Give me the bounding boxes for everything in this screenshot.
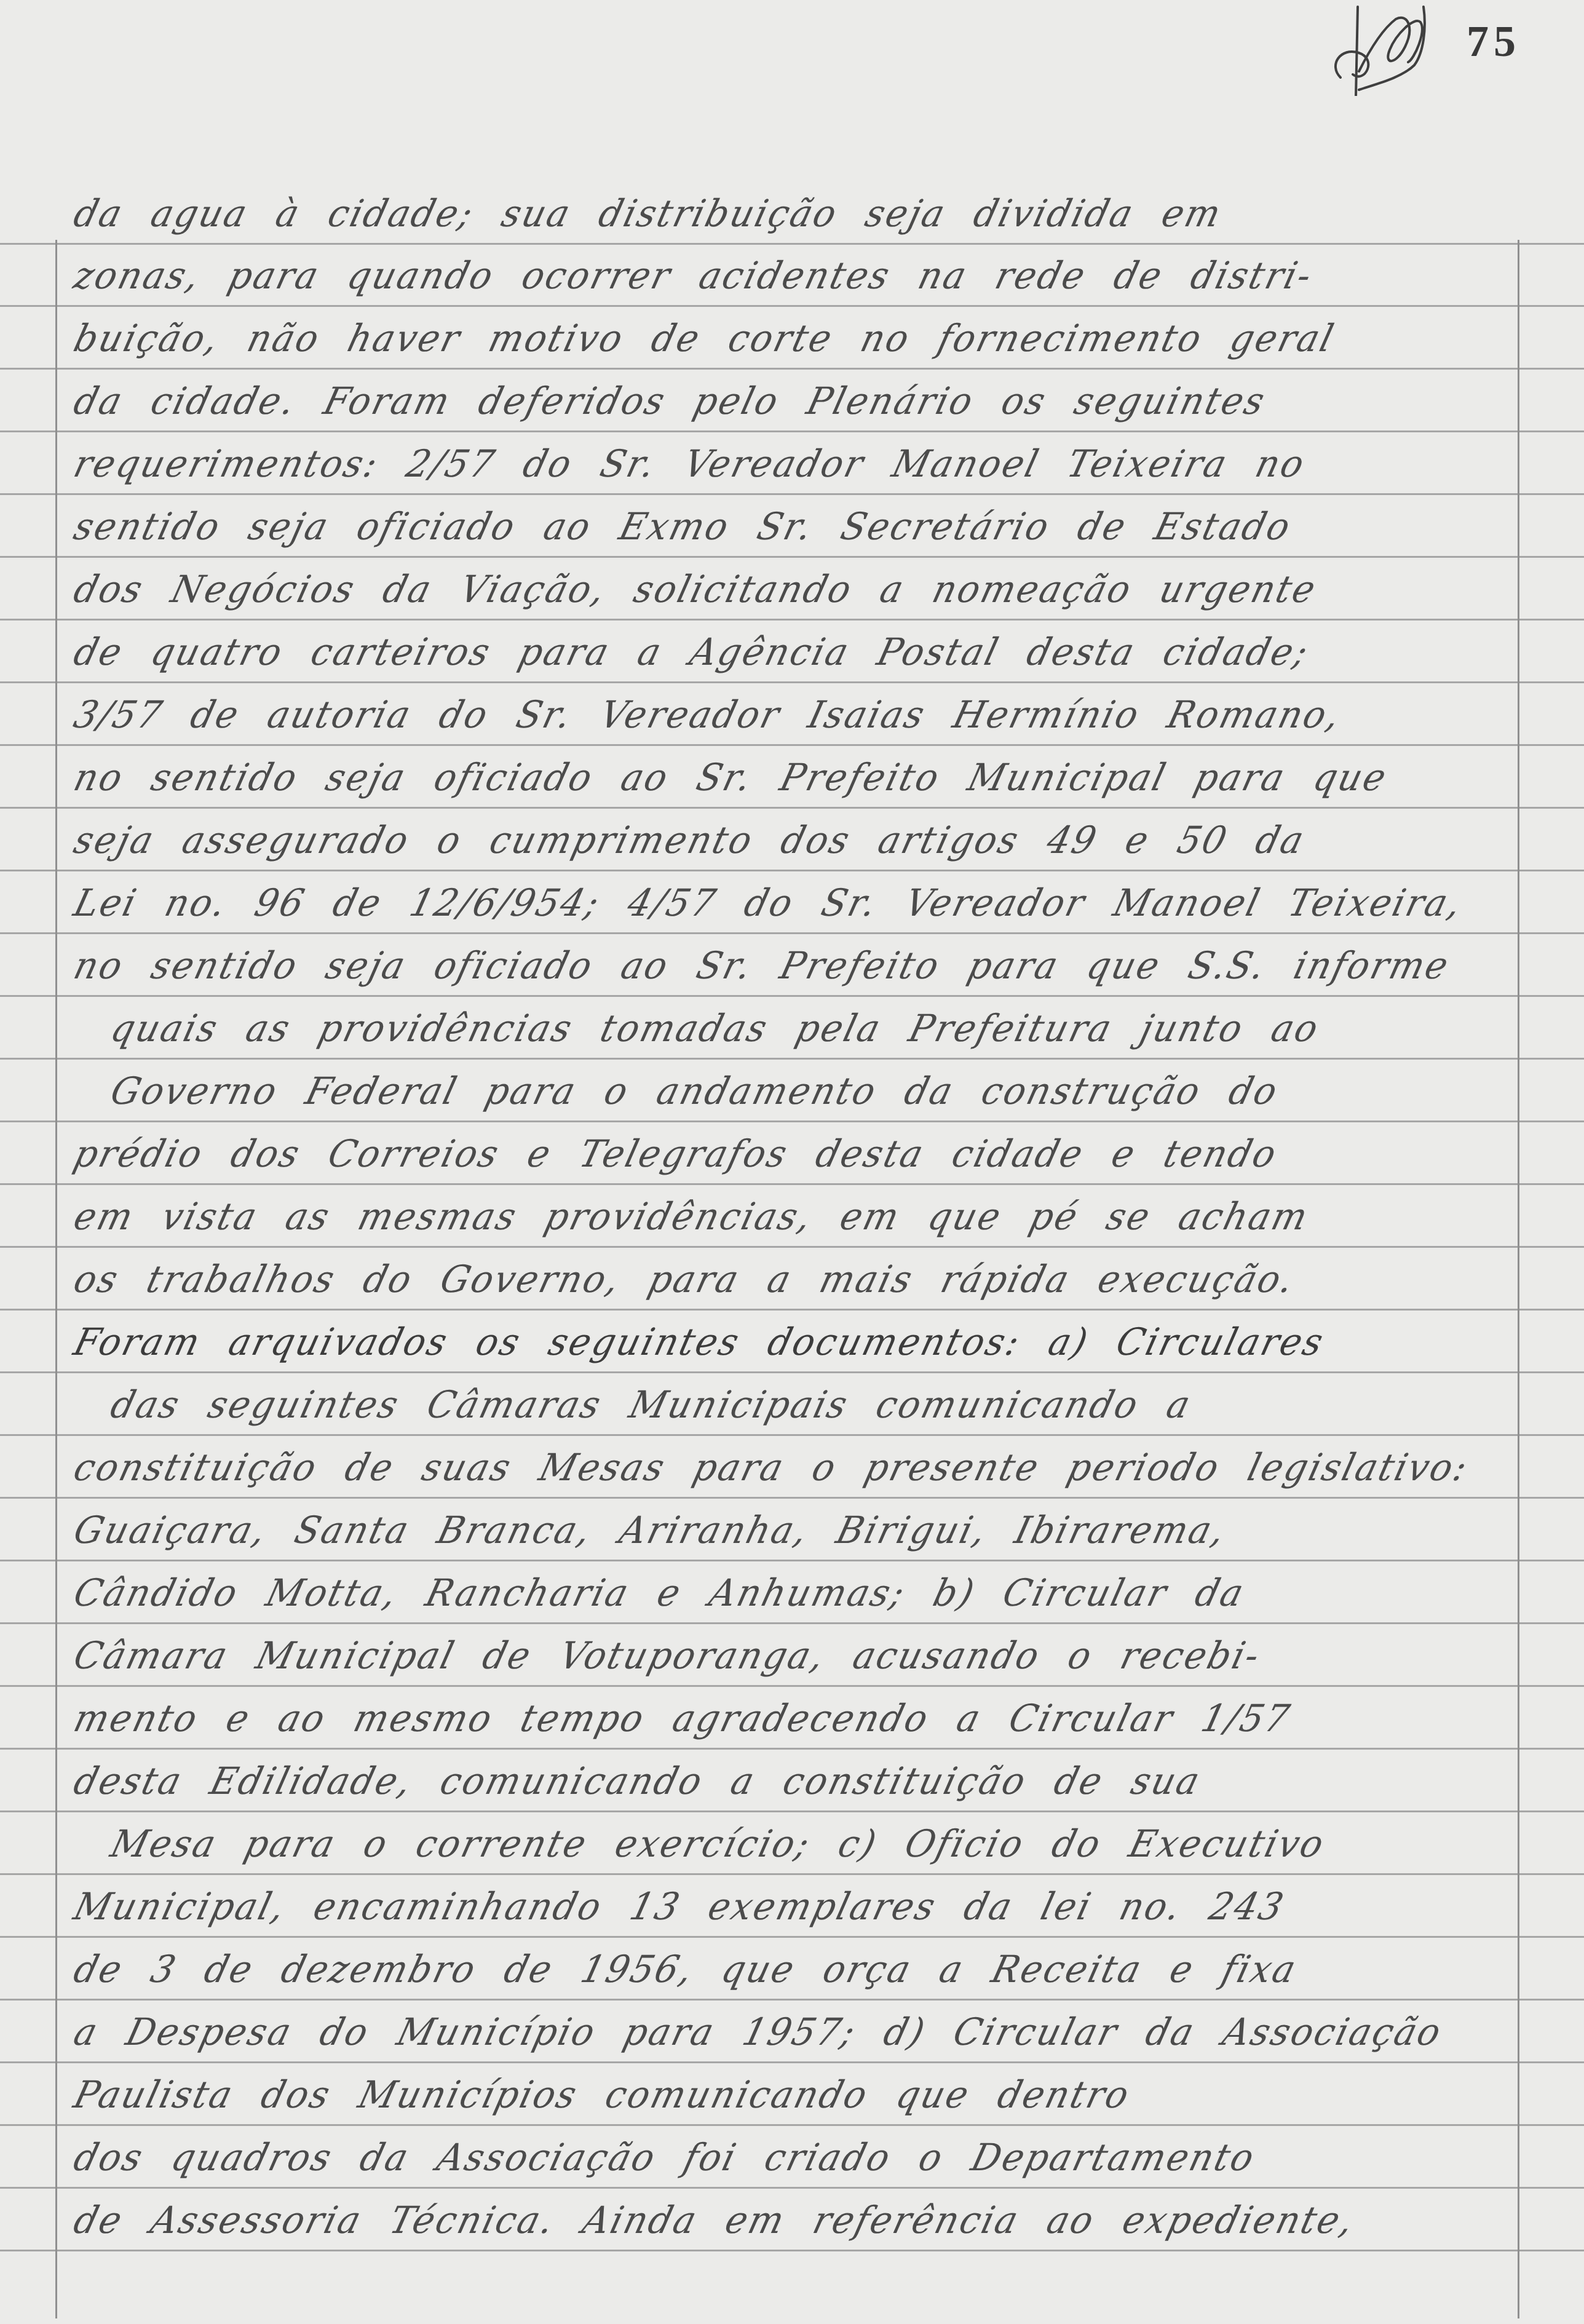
- ruled-line: [0, 1810, 1584, 1812]
- ruled-line: [0, 619, 1584, 621]
- ruled-line: [0, 1434, 1584, 1436]
- ruled-line: [0, 243, 1584, 245]
- handwritten-line: da agua à cidade; sua distribuição seja …: [68, 183, 1558, 243]
- handwritten-line: requerimentos: 2/57 do Sr. Vereador Mano…: [68, 434, 1558, 493]
- ruled-line: [0, 1748, 1584, 1750]
- ruled-line: [0, 430, 1584, 432]
- handwritten-line: Câmara Municipal de Votuporanga, acusand…: [68, 1625, 1558, 1685]
- left-margin-rule: [55, 240, 57, 2318]
- handwritten-line: no sentido seja oficiado ao Sr. Prefeito…: [68, 747, 1558, 807]
- ruled-line: [0, 1058, 1584, 1060]
- ruled-line: [0, 1120, 1584, 1122]
- handwritten-line: dos Negócios da Viação, solicitando a no…: [68, 559, 1558, 619]
- ruled-line: [0, 305, 1584, 307]
- handwritten-line: no sentido seja oficiado ao Sr. Prefeito…: [68, 935, 1558, 995]
- handwritten-line: de Assessoria Técnica. Ainda em referênc…: [68, 2190, 1558, 2250]
- handwritten-line: da cidade. Foram deferidos pelo Plenário…: [68, 371, 1558, 430]
- handwritten-line: desta Edilidade, comunicando a constitui…: [68, 1751, 1558, 1810]
- ruled-line: [0, 1622, 1584, 1624]
- ruled-line: [0, 368, 1584, 370]
- page-number: 75: [1467, 16, 1521, 67]
- ruled-line: [0, 2250, 1584, 2251]
- ruled-line: [0, 744, 1584, 746]
- handwritten-line: Governo Federal para o andamento da cons…: [105, 1061, 1584, 1120]
- ledger-page: 75: [0, 0, 1584, 2324]
- handwritten-line: a Despesa do Município para 1957; d) Cir…: [68, 2002, 1558, 2061]
- handwritten-line: das seguintes Câmaras Municipais comunic…: [105, 1374, 1584, 1434]
- ruled-line: [0, 1685, 1584, 1687]
- handwritten-line: quais as providências tomadas pela Prefe…: [105, 998, 1584, 1058]
- initials-signature-icon: [1322, 4, 1457, 96]
- handwritten-line: de quatro carteiros para a Agência Posta…: [68, 622, 1558, 681]
- handwritten-line: prédio dos Correios e Telegrafos desta c…: [68, 1124, 1558, 1183]
- ruled-line: [0, 1183, 1584, 1185]
- handwritten-line: Paulista dos Municípios comunicando que …: [68, 2064, 1558, 2124]
- ruled-line: [0, 556, 1584, 558]
- ruled-line: [0, 2124, 1584, 2126]
- handwritten-line: dos quadros da Associação foi criado o D…: [68, 2127, 1558, 2187]
- ruled-line: [0, 1999, 1584, 2001]
- ruled-line: [0, 2061, 1584, 2063]
- ruled-line: [0, 1497, 1584, 1499]
- handwritten-line: em vista as mesmas providências, em que …: [68, 1186, 1558, 1246]
- handwritten-line: Lei no. 96 de 12/6/954; 4/57 do Sr. Vere…: [68, 873, 1558, 932]
- ruled-line: [0, 932, 1584, 934]
- ruled-line: [0, 1873, 1584, 1875]
- handwritten-line: os trabalhos do Governo, para a mais ráp…: [68, 1249, 1558, 1309]
- ruled-line: [0, 1246, 1584, 1248]
- ruled-line: [0, 2187, 1584, 2189]
- handwritten-line: constituição de suas Mesas para o presen…: [68, 1437, 1558, 1497]
- handwritten-line: sentido seja oficiado ao Exmo Sr. Secret…: [68, 496, 1558, 556]
- handwritten-line: Cândido Motta, Rancharia e Anhumas; b) C…: [68, 1563, 1558, 1622]
- handwritten-line: Municipal, encaminhando 13 exemplares da…: [68, 1876, 1558, 1936]
- ruled-line: [0, 870, 1584, 871]
- ruled-line: [0, 995, 1584, 997]
- ruled-line: [0, 1371, 1584, 1373]
- ruled-line: [0, 1560, 1584, 1561]
- handwritten-line: Guaiçara, Santa Branca, Ariranha, Birigu…: [68, 1500, 1558, 1560]
- ruled-line: [0, 1309, 1584, 1311]
- handwritten-line: Mesa para o corrente exercício; c) Ofici…: [105, 1814, 1584, 1873]
- ruled-line: [0, 1936, 1584, 1938]
- handwritten-line: de 3 de dezembro de 1956, que orça a Rec…: [68, 1939, 1558, 1999]
- ruled-line: [0, 493, 1584, 495]
- handwritten-line: zonas, para quando ocorrer acidentes na …: [68, 245, 1558, 305]
- handwritten-line: 3/57 de autoria do Sr. Vereador Isaias H…: [68, 684, 1558, 744]
- handwritten-line: seja assegurado o cumprimento dos artigo…: [68, 810, 1558, 870]
- handwritten-line: mento e ao mesmo tempo agradecendo a Cir…: [68, 1688, 1558, 1748]
- handwritten-line: buição, não haver motivo de corte no for…: [68, 308, 1558, 368]
- ruled-line: [0, 807, 1584, 809]
- page-header: 75: [0, 0, 1584, 111]
- ruled-line: [0, 681, 1584, 683]
- handwritten-line: Foram arquivados os seguintes documentos…: [68, 1312, 1558, 1371]
